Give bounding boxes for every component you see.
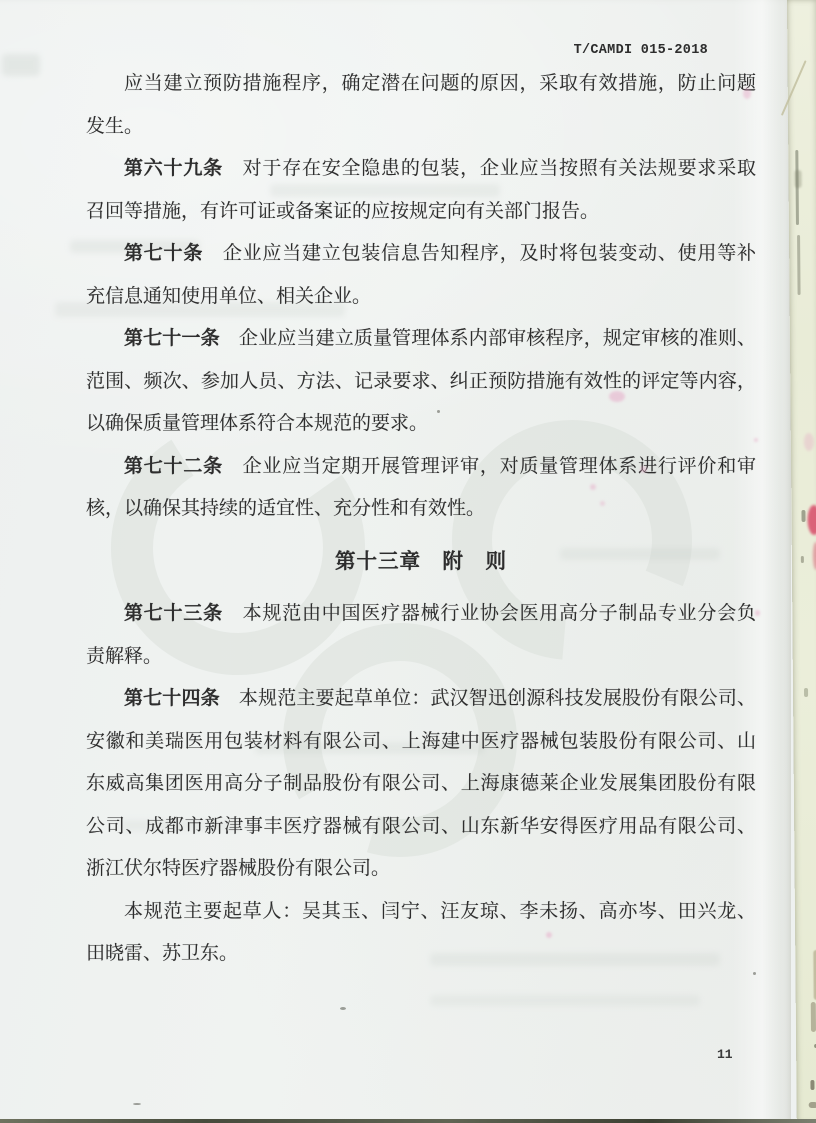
text-line: 东威高集团医用高分子制品股份有限公司、上海康德莱企业发展集团股份有限: [86, 763, 756, 806]
chapter-heading: 第十三章 附 则: [86, 541, 756, 584]
text-line: 田晓雷、苏卫东。: [86, 933, 756, 976]
text-line: 浙江伏尔特医疗器械股份有限公司。: [86, 848, 756, 891]
pink-stain: [755, 610, 760, 616]
standard-code: T/CAMDI 015-2018: [574, 43, 708, 58]
article-number: 第七十三条: [124, 603, 223, 624]
text-line: 核，以确保其持续的适宜性、充分性和有效性。: [86, 488, 756, 531]
edge-smear: [811, 1002, 816, 1032]
text-line: 范围、频次、参加人员、方法、记录要求、纠正预防措施有效性的评定等内容，: [86, 361, 756, 404]
dust-speck: [340, 1007, 346, 1010]
article-number: 第七十一条: [124, 328, 220, 349]
text-line: 本规范主要起草人：吴其玉、闫宁、汪友琼、李未扬、高亦岑、田兴龙、: [86, 891, 756, 934]
page-number: 11: [717, 1047, 733, 1062]
pink-stain: [754, 438, 758, 442]
text-line: 第七十四条 本规范主要起草单位：武汉智迅创源科技发展股份有限公司、: [86, 678, 756, 721]
text-line: 第七十条 企业应当建立包装信息告知程序，及时将包装变动、使用等补: [86, 233, 756, 276]
pink-stain: [640, 466, 647, 473]
text-line: 充信息通知使用单位、相关企业。: [86, 276, 756, 319]
red-ink-stain: [807, 505, 816, 535]
edge-streak: [797, 235, 801, 295]
dust-speck: [753, 972, 756, 975]
edge-blob: [804, 688, 808, 697]
edge-blob: [794, 170, 801, 188]
scan-bottom-edge: [0, 1119, 816, 1123]
article-number: 第七十四条: [124, 688, 220, 709]
article-number: 第六十九条: [124, 158, 223, 179]
pink-stain: [600, 501, 605, 506]
pink-stain: [590, 484, 596, 490]
pink-stain: [804, 433, 814, 451]
text-line: 责解释。: [86, 636, 756, 679]
text-line: 第七十一条 企业应当建立质量管理体系内部审核程序，规定审核的准则、: [86, 318, 756, 361]
text-line: 第六十九条 对于存在安全隐患的包装，企业应当按照有关法规要求采取: [86, 148, 756, 191]
text-line: 召回等措施，有许可证或备案证的应按规定向有关部门报告。: [86, 191, 756, 234]
edge-blob: [801, 556, 804, 563]
pink-stain: [546, 932, 552, 938]
dust-speck: [437, 410, 440, 413]
text-line: 第七十二条 企业应当定期开展管理评审，对质量管理体系进行评价和审: [86, 446, 756, 489]
bleedthrough-smudge: [2, 54, 40, 76]
edge-scratch: [810, 1080, 814, 1090]
article-number: 第七十二条: [124, 456, 223, 477]
text-line: 公司、成都市新津事丰医疗器械有限公司、山东新华安得医疗用品有限公司、: [86, 806, 756, 849]
text-line: 应当建立预防措施程序，确定潜在问题的原因，采取有效措施，防止问题: [86, 63, 756, 106]
article-number: 第七十条: [124, 243, 203, 264]
paper-area: T/CAMDI 015-2018 应当建立预防措施程序，确定潜在问题的原因，采取…: [0, 0, 791, 1123]
dust-speck: [133, 1103, 141, 1105]
text-line: 以确保质量管理体系符合本规范的要求。: [86, 403, 756, 446]
text-layer: 应当建立预防措施程序，确定潜在问题的原因，采取有效措施，防止问题发生。第六十九条…: [86, 63, 756, 976]
bleedthrough-smudge: [430, 995, 700, 1006]
text-line: 发生。: [86, 106, 756, 149]
text-line: 安徽和美瑞医用包装材料有限公司、上海建中医疗器械包装股份有限公司、山: [86, 721, 756, 764]
edge-blob: [801, 510, 805, 522]
pink-stain: [743, 88, 751, 99]
edge-scratch: [809, 1102, 816, 1108]
text-line: 第七十三条 本规范由中国医疗器械行业协会医用高分子制品专业分会负: [86, 593, 756, 636]
pink-stain: [609, 391, 625, 402]
scanned-page: T/CAMDI 015-2018 应当建立预防措施程序，确定潜在问题的原因，采取…: [0, 0, 816, 1123]
